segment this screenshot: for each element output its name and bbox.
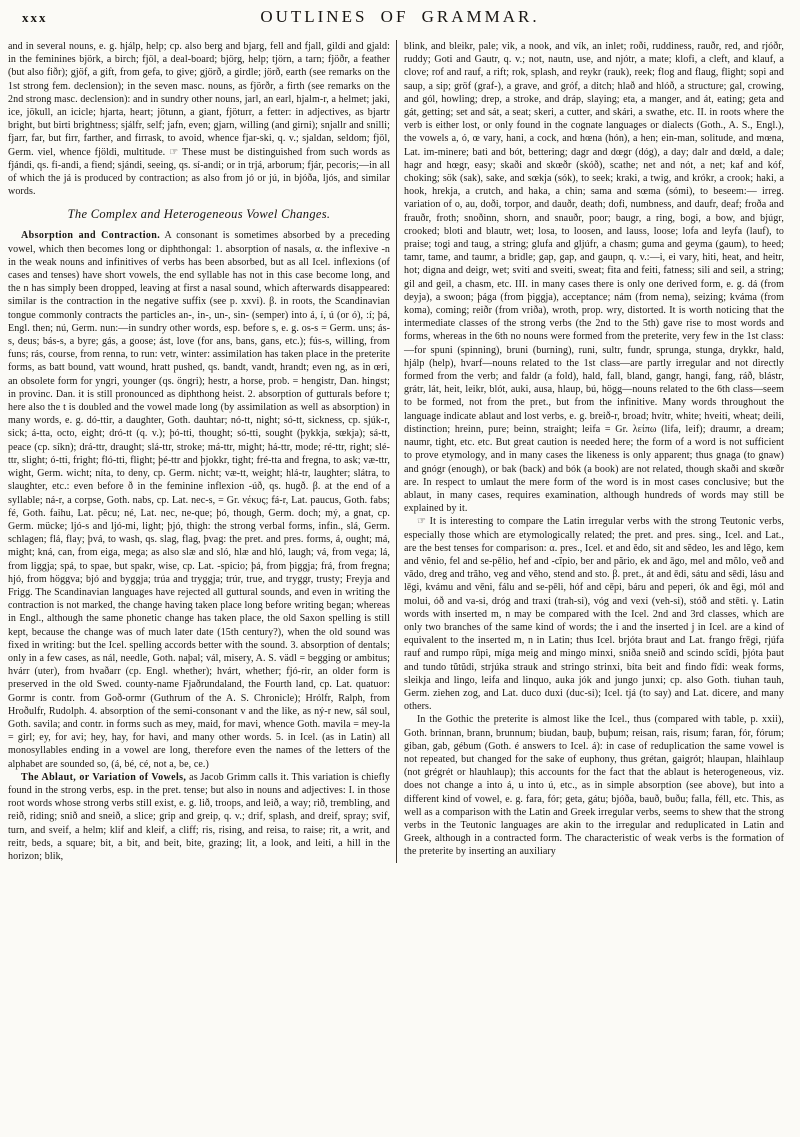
right-column: blink, and bleikr, pale; vik, a nook, an…: [396, 40, 784, 863]
left-column: and in several nouns, e. g. hjálp, help;…: [8, 40, 396, 863]
section-heading: The Complex and Heterogeneous Vowel Chan…: [8, 207, 390, 222]
book-page: xxx OUTLINES OF GRAMMAR. and in several …: [0, 0, 800, 1137]
paragraph-lead: The Ablaut, or Variation of Vowels,: [21, 772, 186, 783]
paragraph: Absorption and Contraction. A consonant …: [8, 229, 390, 770]
paragraph: ☞ It is interesting to compare the Latin…: [404, 515, 784, 713]
paragraph: The Ablaut, or Variation of Vowels, as J…: [8, 771, 390, 863]
page-header: xxx OUTLINES OF GRAMMAR.: [8, 6, 792, 36]
two-column-text: and in several nouns, e. g. hjálp, help;…: [8, 40, 792, 863]
page-title: OUTLINES OF GRAMMAR.: [8, 6, 792, 27]
paragraph: and in several nouns, e. g. hjálp, help;…: [8, 40, 390, 198]
paragraph: In the Gothic the preterite is almost li…: [404, 713, 784, 858]
paragraph-lead: Absorption and Contraction.: [21, 230, 160, 241]
page-number: xxx: [22, 10, 48, 26]
paragraph: blink, and bleikr, pale; vik, a nook, an…: [404, 40, 784, 515]
